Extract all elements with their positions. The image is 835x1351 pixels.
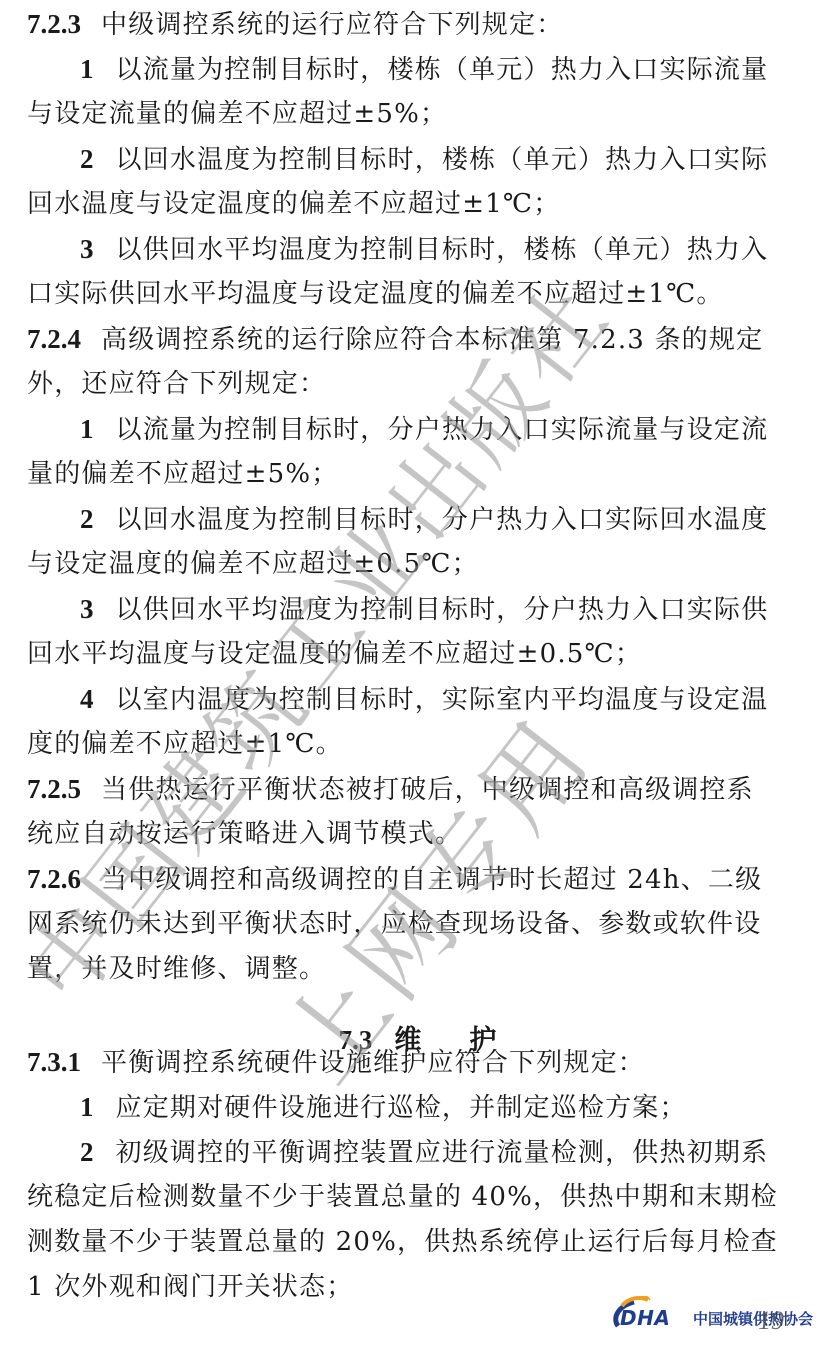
- clause-text: 平衡调控系统硬件设施维护应符合下列规定：: [101, 1048, 645, 1078]
- item-text: 以室内温度为控制目标时，实际室内平均温度与设定温: [116, 685, 769, 715]
- clause-number: 7.2.5: [27, 774, 81, 804]
- clause-7-2-6: 7.2.6当中级调控和高级调控的自主调节时长超过 24h、二级: [27, 857, 812, 902]
- clause-number: 7.2.4: [27, 324, 81, 354]
- item-number: 4: [80, 684, 94, 714]
- item-number: 3: [80, 594, 94, 624]
- clause-number: 7.2.6: [27, 864, 81, 894]
- clause-text: 中级调控系统的运行应符合下列规定：: [101, 10, 563, 40]
- clause-text: 当供热运行平衡状态被打破后，中级调控和高级调控系: [101, 775, 754, 805]
- item-continuation: 与设定流量的偏差不应超过±5%；: [27, 92, 812, 136]
- list-item: 2以回水温度为控制目标时，楼栋（单元）热力入口实际: [80, 137, 835, 182]
- document-page: 7.2.3中级调控系统的运行应符合下列规定： 1以流量为控制目标时，楼栋（单元）…: [0, 0, 835, 1351]
- item-continuation: 回水平均温度与设定温度的偏差不应超过±0.5℃；: [27, 632, 812, 676]
- item-text: 以流量为控制目标时，楼栋（单元）热力入口实际流量: [116, 55, 769, 85]
- item-number: 3: [80, 234, 94, 264]
- item-continuation: 度的偏差不应超过±1℃。: [27, 722, 812, 766]
- list-item: 3以供回水平均温度为控制目标时，楼栋（单元）热力入: [80, 227, 835, 272]
- item-number: 1: [80, 414, 94, 444]
- clause-text: 高级调控系统的运行除应符合本标准第 7.2.3 条的规定: [101, 325, 763, 355]
- item-continuation: 测数量不少于装置总量的 20%，供热系统停止运行后每月检查: [27, 1220, 812, 1264]
- clause-number: 7.3.1: [27, 1047, 81, 1077]
- item-text: 以供回水平均温度为控制目标时，分户热力入口实际供: [116, 595, 769, 625]
- item-continuation: 回水温度与设定温度的偏差不应超过±1℃；: [27, 182, 812, 226]
- clause-continuation: 网系统仍未达到平衡状态时，应检查现场设备、参数或软件设: [27, 902, 812, 946]
- clause-7-2-3: 7.2.3中级调控系统的运行应符合下列规定：: [27, 2, 812, 47]
- item-text: 应定期对硬件设施进行巡检，并制定巡检方案；: [116, 1093, 687, 1123]
- logo-text: DHA: [620, 1306, 670, 1330]
- item-number: 1: [80, 1092, 94, 1122]
- clause-text: 当中级调控和高级调控的自主调节时长超过 24h、二级: [101, 865, 762, 895]
- clause-7-3-1: 7.3.1平衡调控系统硬件设施维护应符合下列规定：: [27, 1040, 812, 1085]
- list-item: 1应定期对硬件设施进行巡检，并制定巡检方案；: [80, 1085, 835, 1130]
- clause-number: 7.2.3: [27, 9, 81, 39]
- item-text: 初级调控的平衡调控装置应进行流量检测，供热初期系: [116, 1138, 769, 1168]
- item-continuation: 量的偏差不应超过±5%；: [27, 452, 812, 496]
- publisher-logo: DHA 中国城镇供热协会: [608, 1296, 818, 1336]
- item-continuation: 与设定温度的偏差不应超过±0.5℃；: [27, 542, 812, 586]
- logo-org-name: 中国城镇供热协会: [693, 1308, 813, 1329]
- list-item: 4以室内温度为控制目标时，实际室内平均温度与设定温: [80, 677, 835, 722]
- clause-continuation: 置，并及时维修、调整。: [27, 947, 812, 991]
- list-item: 2以回水温度为控制目标时，分户热力入口实际回水温度: [80, 497, 835, 542]
- page-number: 19: [758, 1306, 784, 1336]
- item-number: 2: [80, 504, 94, 534]
- item-text: 以供回水平均温度为控制目标时，楼栋（单元）热力入: [116, 235, 769, 265]
- item-continuation: 口实际供回水平均温度与设定温度的偏差不应超过±1℃。: [27, 272, 812, 316]
- list-item: 3以供回水平均温度为控制目标时，分户热力入口实际供: [80, 587, 835, 632]
- item-text: 以流量为控制目标时，分户热力入口实际流量与设定流: [116, 415, 769, 445]
- list-item: 1以流量为控制目标时，楼栋（单元）热力入口实际流量: [80, 47, 835, 92]
- clause-7-2-5: 7.2.5当供热运行平衡状态被打破后，中级调控和高级调控系: [27, 767, 812, 812]
- clause-continuation: 统应自动按运行策略进入调节模式。: [27, 812, 812, 856]
- item-continuation: 统稳定后检测数量不少于装置总量的 40%，供热中期和末期检: [27, 1175, 812, 1219]
- list-item: 2初级调控的平衡调控装置应进行流量检测，供热初期系: [80, 1130, 835, 1175]
- item-number: 1: [80, 54, 94, 84]
- item-number: 2: [80, 144, 94, 174]
- clause-7-2-4: 7.2.4高级调控系统的运行除应符合本标准第 7.2.3 条的规定: [27, 317, 812, 362]
- clause-continuation: 外，还应符合下列规定：: [27, 362, 812, 406]
- list-item: 1以流量为控制目标时，分户热力入口实际流量与设定流: [80, 407, 835, 452]
- item-number: 2: [80, 1137, 94, 1167]
- item-text: 以回水温度为控制目标时，楼栋（单元）热力入口实际: [116, 145, 769, 175]
- item-text: 以回水温度为控制目标时，分户热力入口实际回水温度: [116, 505, 769, 535]
